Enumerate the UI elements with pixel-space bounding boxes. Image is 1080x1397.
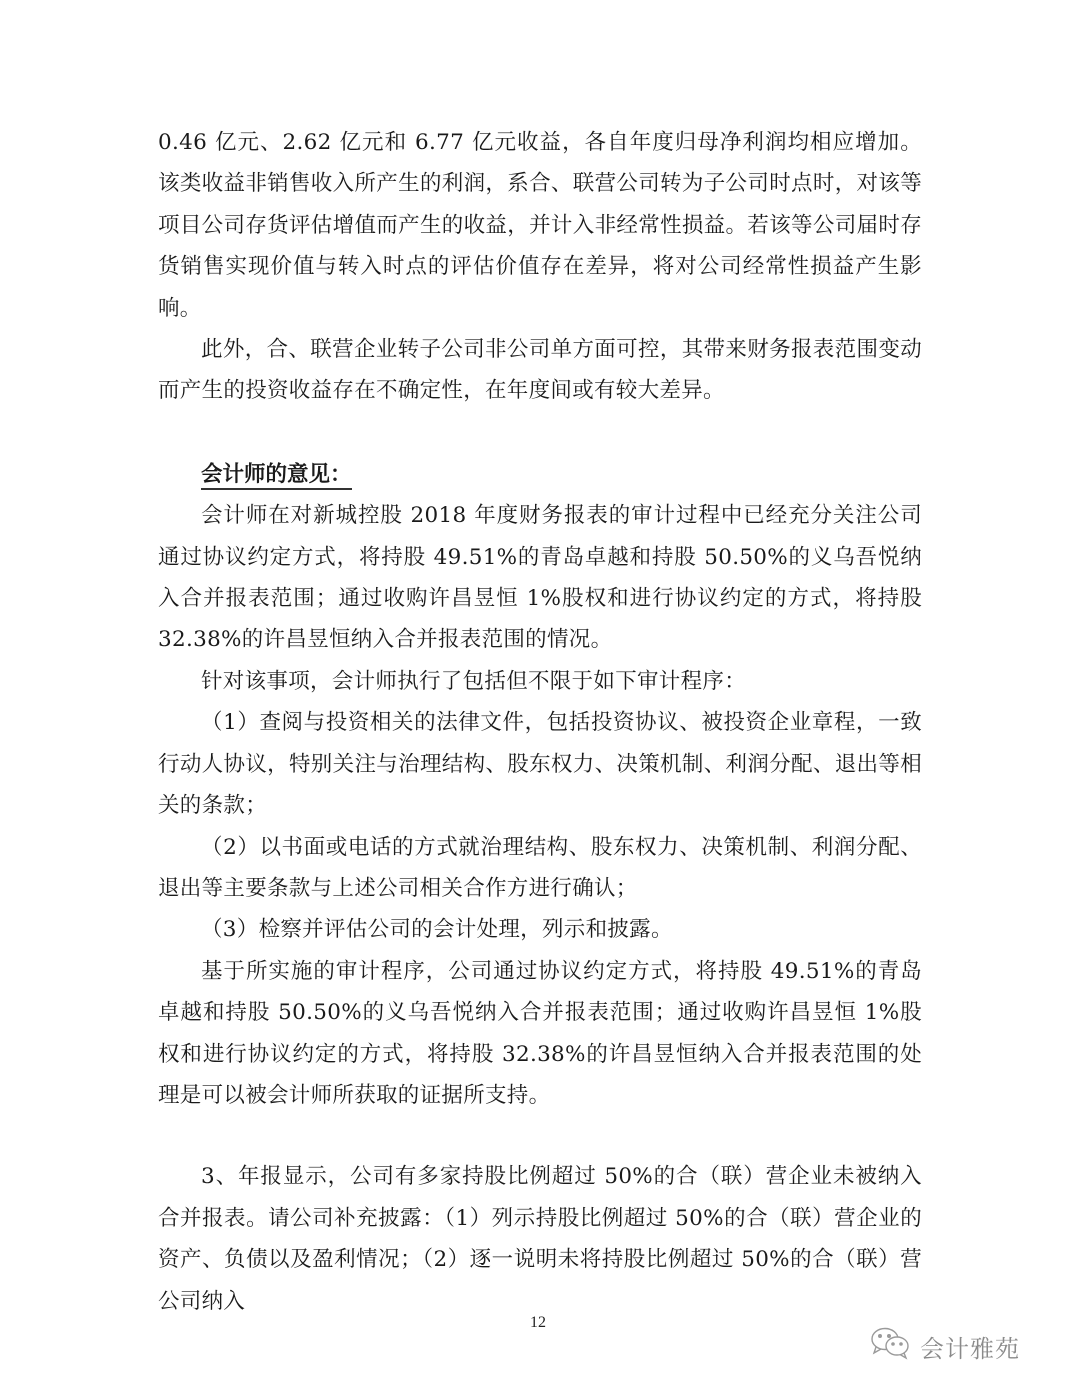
paragraph-question-3: 3、年报显示，公司有多家持股比例超过 50%的合（联）营企业未被纳入合并报表。请… (158, 1156, 922, 1322)
wechat-icon (870, 1326, 912, 1366)
paragraph-uncertainty: 此外，合、联营企业转子公司非公司单方面可控，其带来财务报表范围变动而产生的投资收… (158, 329, 922, 412)
paragraph-audit-conclusion: 基于所实施的审计程序，公司通过协议约定方式，将持股 49.51%的青岛卓越和持股… (158, 951, 922, 1117)
list-item-procedure-3: （3）检察并评估公司的会计处理，列示和披露。 (158, 909, 922, 950)
paragraph-audit-procedures-intro: 针对该事项，会计师执行了包括但不限于如下审计程序： (158, 661, 922, 702)
document-page: 0.46 亿元、2.62 亿元和 6.77 亿元收益，各自年度归母净利润均相应增… (158, 122, 922, 1322)
section-heading-text: 会计师的意见： (201, 462, 352, 490)
paragraph-audit-attention: 会计师在对新城控股 2018 年度财务报表的审计过程中已经充分关注公司通过协议约… (158, 495, 922, 661)
section-heading-accountant-opinion: 会计师的意见： (158, 454, 922, 495)
page-number: 12 (530, 1314, 546, 1332)
wechat-watermark: 会计雅苑 (870, 1326, 1020, 1366)
list-item-procedure-1: （1）查阅与投资相关的法律文件，包括投资协议、被投资企业章程，一致行动人协议，特… (158, 702, 922, 826)
list-item-procedure-2: （2）以书面或电话的方式就治理结构、股东权力、决策机制、利润分配、退出等主要条款… (158, 827, 922, 910)
spacer (158, 1116, 922, 1156)
spacer (158, 412, 922, 454)
paragraph-income-impact: 0.46 亿元、2.62 亿元和 6.77 亿元收益，各自年度归母净利润均相应增… (158, 122, 922, 329)
watermark-label: 会计雅苑 (920, 1329, 1020, 1364)
